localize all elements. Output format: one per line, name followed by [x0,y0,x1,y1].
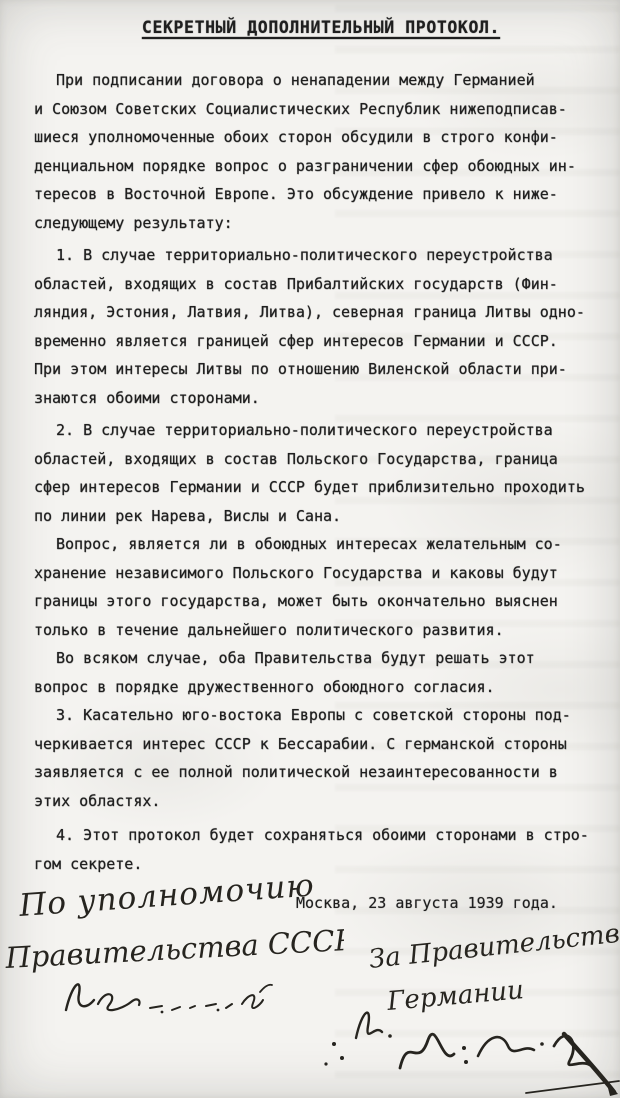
paragraph-poland-question: Вопрос, является ли в обоюдных интересах… [34,530,608,644]
molotov-signature-scribble [66,984,272,1013]
document-body: При подписании договора о ненападении ме… [34,66,608,878]
german-signature-caption-line2: Германии [385,975,525,1017]
german-signature-block: За Правительство Германии [312,916,620,1098]
paragraph-item-1: 1. В случае территориально-политического… [34,241,608,412]
paragraph-preamble: При подписании договора о ненападении ме… [34,66,608,237]
soviet-signature-caption-line2: Правительства СССР [4,923,344,975]
ribbentrop-signature-scribble [324,1013,619,1096]
soviet-signature-caption-line1: По уполномочию [17,867,316,924]
soviet-signature-block: По уполномочию Правительства СССР [4,858,344,1030]
paragraph-item-3: 3. Касательно юго-востока Европы с совет… [34,701,608,815]
german-signature-caption-line1: За Правительство [368,917,620,975]
document-title: СЕКРЕТНЫЙ ДОПОЛНИТЕЛЬНЫЙ ПРОТОКОЛ. [22,18,620,37]
document-page: СЕКРЕТНЫЙ ДОПОЛНИТЕЛЬНЫЙ ПРОТОКОЛ. При п… [0,0,620,1098]
signature-area: Москва, 23 августа 1939 года. По уполном… [0,858,620,1098]
paragraph-mutual-agreement: Во всяком случае, оба Правительства буду… [34,644,608,701]
paragraph-item-2: 2. В случае территориально-политического… [34,416,608,530]
